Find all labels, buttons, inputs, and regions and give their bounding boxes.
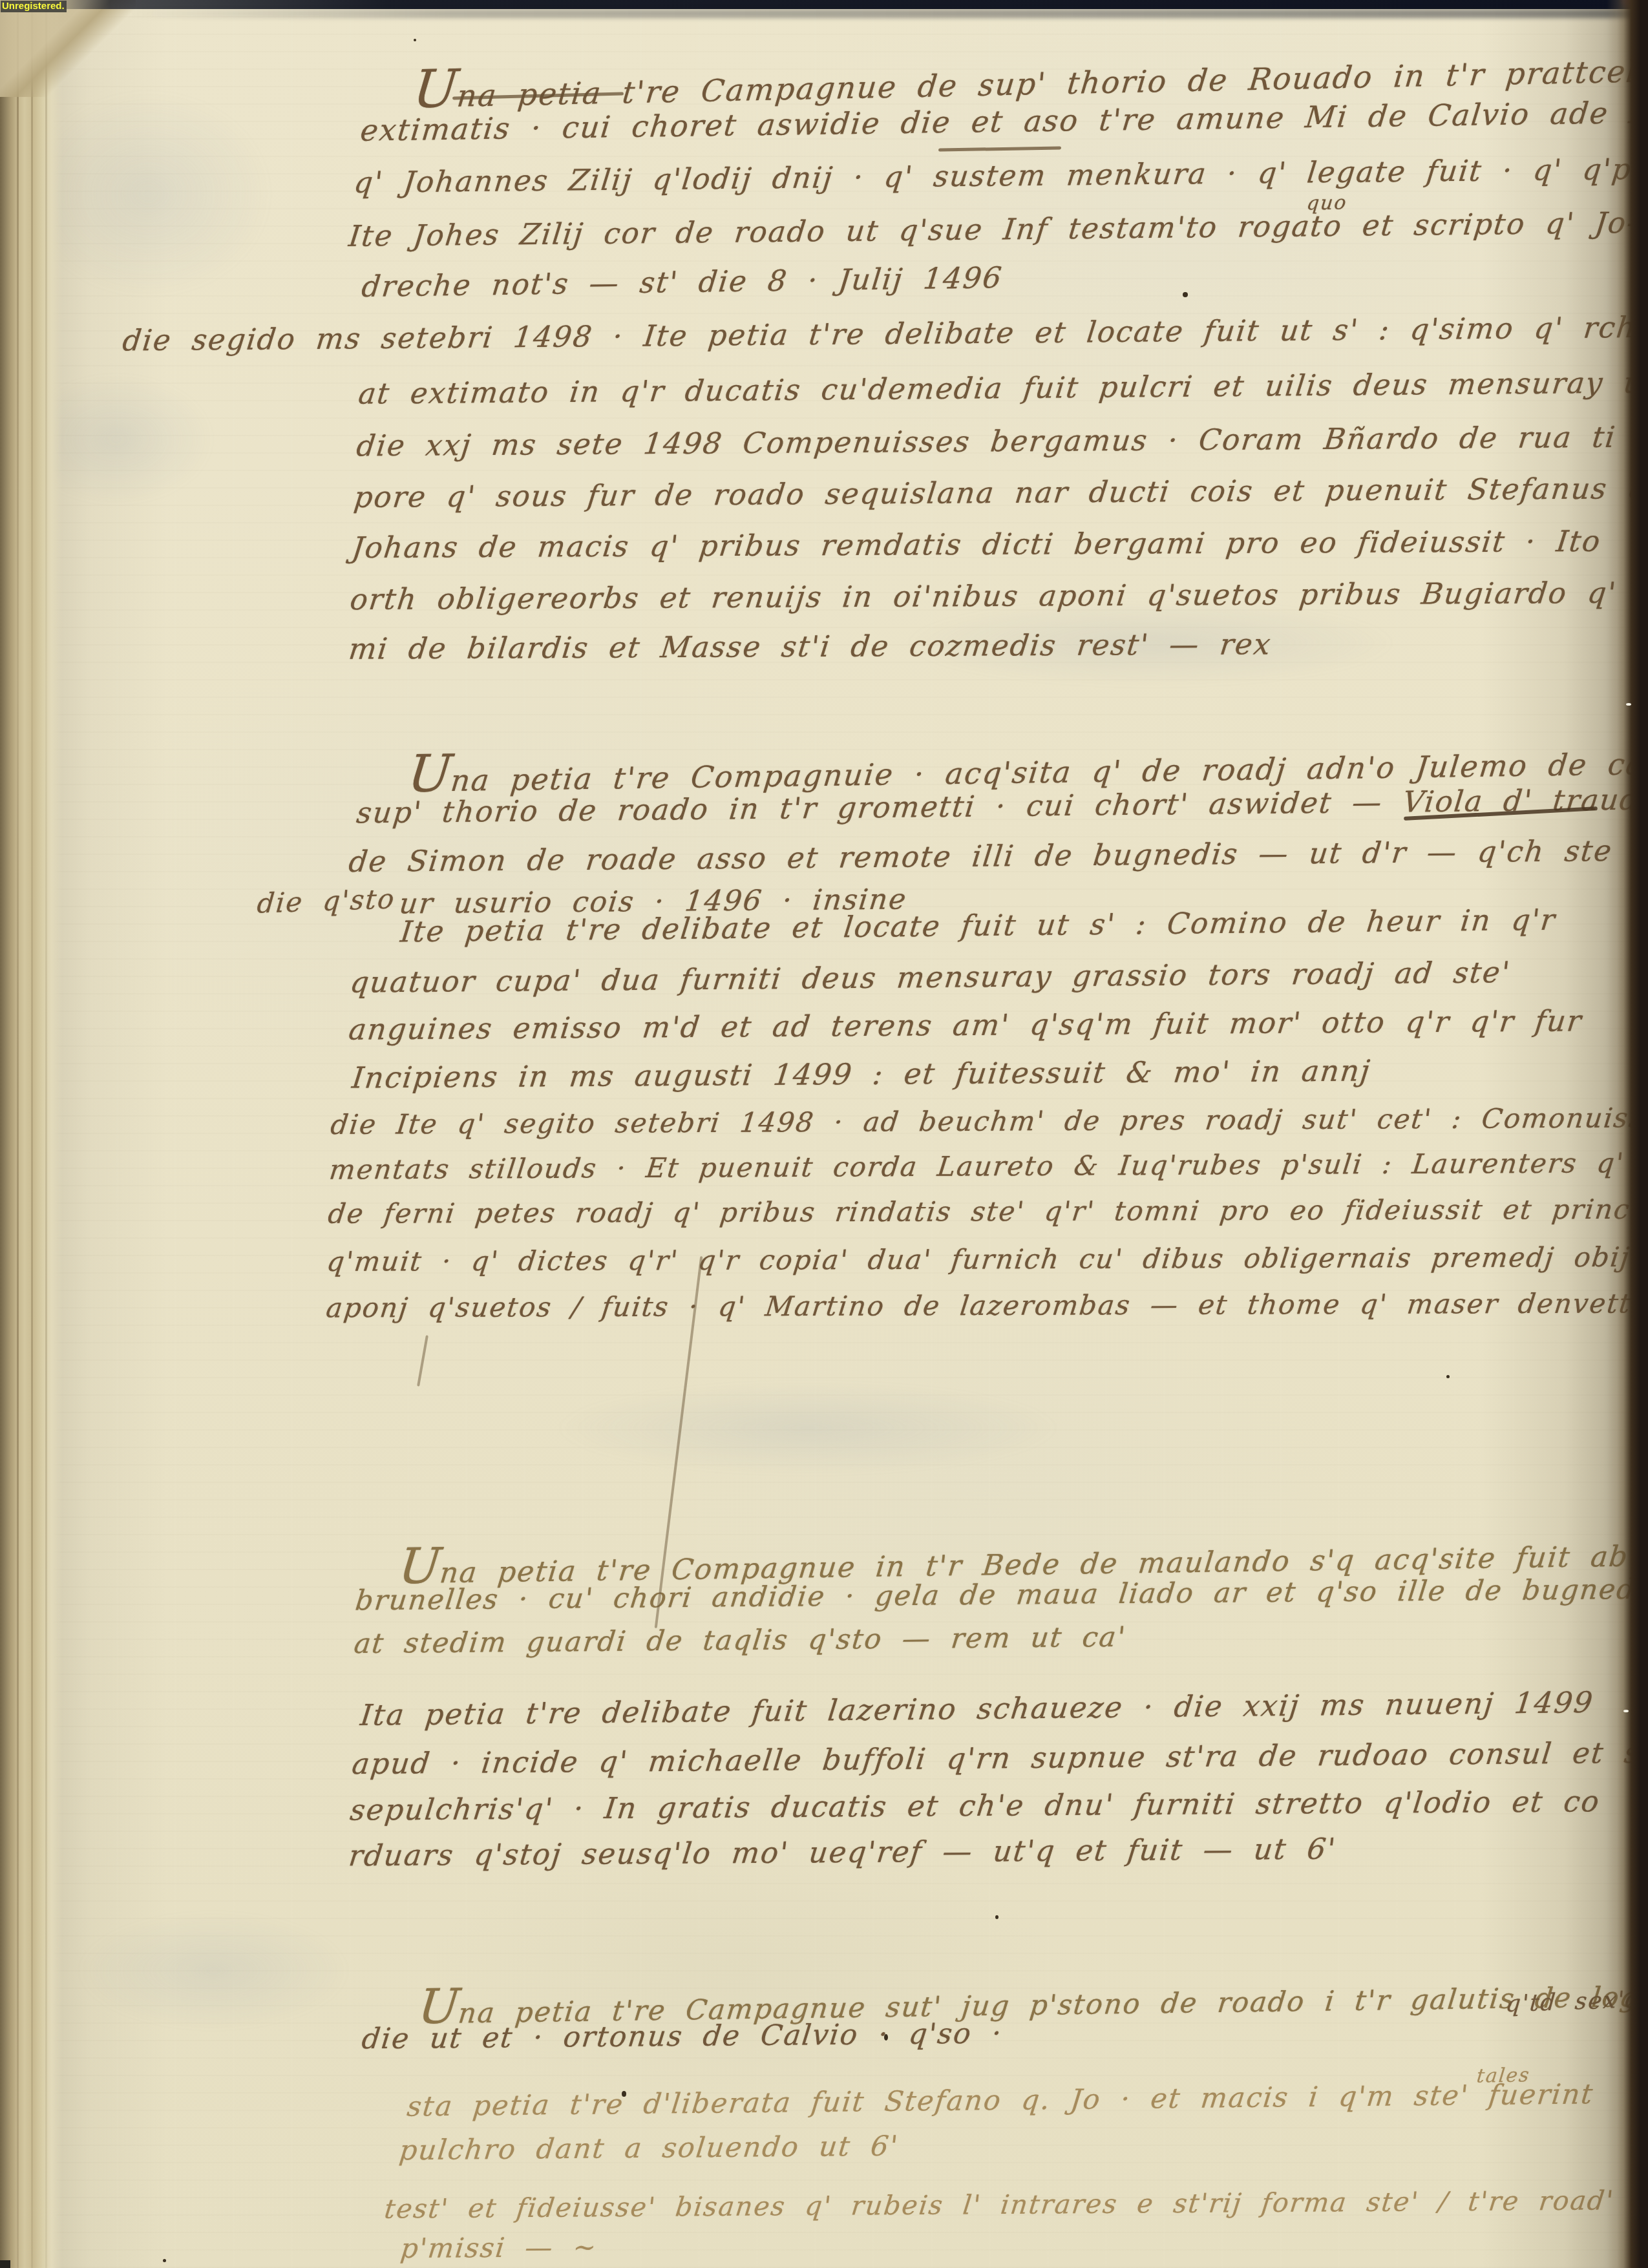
manuscript-line: pulchro dant a soluendo ut 6' <box>398 2133 900 2165</box>
scan-edge-right <box>1607 0 1648 2268</box>
pen-flourish-stroke <box>417 1335 428 1386</box>
manuscript-line: Incipiens in ms augusti 1499 : et fuites… <box>350 1056 1372 1092</box>
interlinear-note: tales <box>1475 2066 1531 2086</box>
unregistered-watermark: Unregistered. <box>1 1 67 12</box>
manuscript-line: de ferni petes roadj q' pribus rindatis … <box>327 1195 1648 1228</box>
manuscript-line: dreche not's — st' die 8 · Julij 1496 <box>361 263 1004 301</box>
paper-speck <box>414 39 416 41</box>
dust-speck <box>1626 703 1631 706</box>
manuscript-line: apud · incide q' michaelle buffoli q'rn … <box>350 1738 1648 1779</box>
manuscript-line: sepulchris'q' · In gratis ducatis et ch'… <box>348 1787 1601 1825</box>
manuscript-line: q'muit · q' dictes q'r' q'r copia' dua' … <box>326 1243 1648 1276</box>
paper-speck <box>995 1915 998 1919</box>
manuscript-line: p'missi — ~ <box>399 2234 599 2262</box>
page-edge-crease <box>17 0 19 2268</box>
manuscript-line: die ut et · ortonus de Calvio · q'so · <box>361 2020 1004 2054</box>
manuscript-line: orth obligereorbs et renuijs in oi'nibus… <box>348 578 1618 614</box>
manuscript-line: quatuor cupa' dua furniti deus mensuray … <box>348 958 1512 997</box>
show-through-blob <box>26 90 271 297</box>
manuscript-line: aponj q'suetos / fuits · q' Martino de l… <box>325 1290 1643 1321</box>
interlinear-note: quo <box>1305 193 1348 213</box>
dust-speck <box>1623 1710 1629 1712</box>
manuscript-line: at stedim guardi de taqlis q'sto — rem u… <box>353 1624 1128 1658</box>
paper-speck <box>884 2034 888 2041</box>
manuscript-line: mi de bilardis et Masse st'i de cozmedis… <box>347 629 1273 664</box>
show-through-blob <box>556 1383 1060 1473</box>
manuscript-line: Ite Johes Zilij cor de roado ut q'sue In… <box>348 207 1648 251</box>
show-through-blob <box>78 1913 349 2029</box>
manuscript-page: Una petia t're Campagnue de sup' thorio … <box>0 0 1648 2268</box>
page-edge-crease <box>45 0 47 2268</box>
paper-speck <box>163 2259 166 2262</box>
manuscript-line: rduars q'stoj seusq'lo mo' ueq'ref — ut'… <box>347 1834 1338 1871</box>
manuscript-line: test' et fideiusse' bisanes q' rubeis l'… <box>383 2187 1616 2222</box>
margin-note: die q'sto <box>256 885 396 918</box>
scan-edge-top <box>0 0 1648 9</box>
paper-speck <box>1446 1375 1450 1378</box>
manuscript-line: q' Johannes Zilij q'lodij dnij · q' sust… <box>353 152 1648 197</box>
manuscript-line: at extimato in q'r ducatis cu'demedia fu… <box>357 368 1648 408</box>
manuscript-line: Ita petia t're delibate fuit lazerino sc… <box>359 1688 1596 1730</box>
scan-edge-top-shadow <box>0 9 1648 18</box>
page-edge-crease <box>31 0 33 2268</box>
manuscript-line: Johans de macis q' pribus remdatis dicti… <box>350 527 1603 562</box>
paper-speck <box>622 2091 626 2097</box>
manuscript-line: anguines emisso m'd et ad terens am' q's… <box>347 1006 1584 1044</box>
manuscript-line: die Ite q' segito setebri 1498 · ad beuc… <box>330 1104 1648 1139</box>
scan-corner-bottom-left <box>0 2260 10 2268</box>
manuscript-line: die xxj ms sete 1498 Compenuisses bergam… <box>355 422 1648 461</box>
paper-speck <box>1183 292 1188 297</box>
manuscript-line: pore q' sous fur de roado sequislana nar… <box>352 474 1648 512</box>
manuscript-line: mentats stillouds · Et puenuit corda Lau… <box>328 1149 1648 1183</box>
binding-edge <box>0 0 62 2268</box>
strike-through-stroke <box>938 146 1061 151</box>
manuscript-line: de Simon de roade asso et remote illi de… <box>347 835 1648 876</box>
margin-dated-line: die segido ms setebri 1498 · Ite petia t… <box>121 312 1648 355</box>
manuscript-line: sta petia t're d'liberata fuit Stefano q… <box>406 2081 1596 2121</box>
